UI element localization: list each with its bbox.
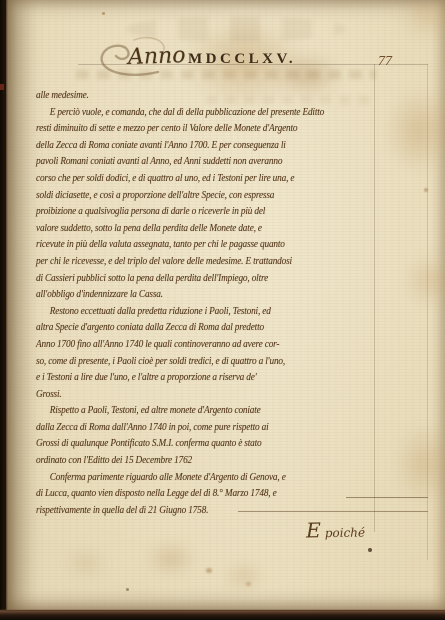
paper-stain: [398, 0, 445, 40]
manuscript-line: Grossi.: [36, 386, 377, 403]
manuscript-line: Restono eccettuati dalla predetta riduzi…: [36, 303, 377, 320]
foxing-speck: [368, 548, 372, 552]
manuscript-line: e i Testoni a lire due l'uno, e l'altre …: [36, 369, 377, 386]
foxing-speck: [126, 588, 129, 591]
catchword: E poiché: [306, 517, 365, 542]
foxing-speck: [206, 568, 212, 573]
manuscript-line: corso che per soldi dodici, e di quattro…: [36, 170, 377, 187]
paper-stain: [404, 255, 445, 307]
scan-bottom-edge: [0, 609, 445, 620]
manuscript-line: Conferma parimente riguardo alle Monete …: [36, 469, 377, 486]
foxing-speck: [246, 582, 251, 586]
paper-stain: [66, 548, 106, 578]
manuscript-line: pavoli Romani coniati avanti al Anno, ed…: [36, 153, 377, 170]
manuscript-line: dalla Zecca di Roma dall'Anno 1740 in po…: [36, 419, 377, 436]
manuscript-line: proibizione a qualsivoglia persona di da…: [36, 203, 377, 220]
manuscript-page: Anno MDCCLXV. 77 alle medesime.E perciò …: [6, 0, 445, 610]
paper-stain: [394, 425, 445, 503]
manuscript-line: ordinato con l'Editto dei 15 Decembre 17…: [36, 452, 377, 469]
manuscript-line: per chi le ricevesse, e del triplo del v…: [36, 253, 377, 270]
manuscript-line: so, come di presente, i Paoli cioè per s…: [36, 353, 377, 370]
manuscript-line: E perciò vuole, e comanda, che dal dì de…: [36, 104, 377, 121]
manuscript-line: valore suddetto, sotto la pena della per…: [36, 220, 377, 237]
manuscript-line: di Cassieri pubblici sotto la pena della…: [36, 270, 377, 287]
manuscript-line: resti diminuito di sette e mezzo per cen…: [36, 120, 377, 137]
manuscript-line: soldi diciasette, e così a proporzione d…: [36, 187, 377, 204]
manuscript-line: all'obbligo d'indennizzare la Cassa.: [36, 286, 377, 303]
outer-margin-rule: [427, 64, 428, 560]
foxing-speck: [424, 188, 428, 192]
manuscript-line: altra Specie d'argento coniata dalla Zec…: [36, 319, 377, 336]
manuscript-line: Grossi di qualunque Pontificato S.M.I. c…: [36, 435, 377, 452]
manuscript-line: della Zecca di Roma coniate avanti l'Ann…: [36, 137, 377, 154]
manuscript-line: di Lucca, quanto vien disposto nella Leg…: [36, 485, 377, 502]
page-number: 77: [378, 54, 392, 70]
paper-stain: [384, 88, 445, 174]
manuscript-line: alle medesime.: [36, 87, 377, 104]
manuscript-line: Rispetto a Paoli, Testoni, ed altre mone…: [36, 402, 377, 419]
header-year-roman: MDCCLXV.: [188, 51, 296, 68]
manuscript-line: ricevute in più della valuta assegnata, …: [36, 236, 377, 253]
manuscript-line: Anno 1700 fino all'Anno 1740 le quali co…: [36, 336, 377, 353]
manuscript-text-block: alle medesime.E perciò vuole, e comanda,…: [36, 87, 377, 518]
header-year-script: Anno: [128, 43, 186, 70]
paper-stain: [224, 562, 264, 590]
gutter-red-mark: [0, 84, 4, 90]
foxing-speck: [102, 12, 105, 15]
manuscript-line: rispettivamente in quella del dì 21 Giug…: [36, 502, 377, 519]
page-header: Anno MDCCLXV. 77: [6, 40, 445, 80]
paper-stain: [146, 542, 196, 576]
